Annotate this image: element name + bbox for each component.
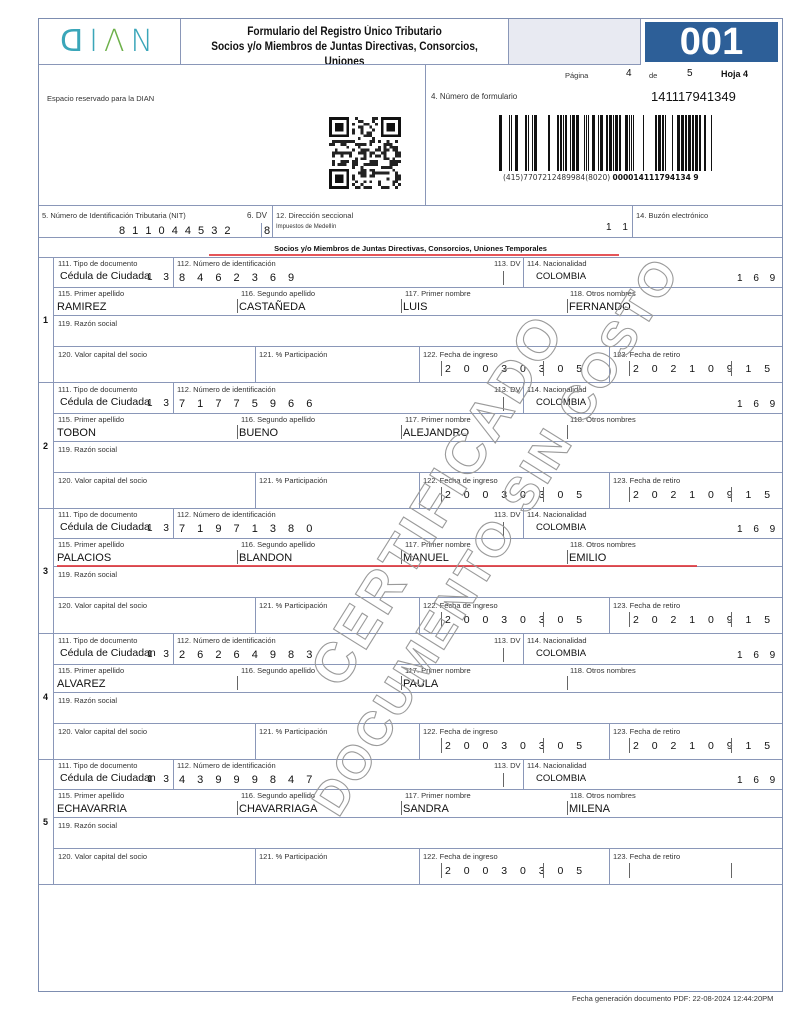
nacionalidad-code: 1 6 9 [737, 273, 779, 284]
tipo-doc-label: 111. Tipo de documento [58, 385, 137, 394]
razon-social-label: 119. Razón social [58, 570, 117, 579]
dian-logo: ᗡIΛN [39, 19, 181, 65]
segundo-apellido-label: 116. Segundo apellido [241, 415, 315, 424]
fecha-retiro-label: 123. Fecha de retiro [613, 350, 680, 359]
otros-nombres-value: EMILIO [569, 552, 606, 564]
member-block: 4 111. Tipo de documento Cédula de Ciuda… [39, 634, 782, 760]
segundo-apellido-label: 116. Segundo apellido [241, 540, 315, 549]
tipo-doc-value: Cédula de Ciudada [60, 521, 150, 533]
page-total: 5 [687, 68, 693, 79]
member-number: 2 [43, 441, 48, 451]
page-label: Página [565, 71, 588, 80]
razon-social-label: 119. Razón social [58, 821, 117, 830]
seccional-code: 1 1 [606, 222, 632, 233]
primer-apellido-value: PALACIOS [57, 552, 111, 564]
valor-capital-label: 120. Valor capital del socio [58, 476, 147, 485]
fecha-ingreso-label: 122. Fecha de ingreso [423, 476, 498, 485]
num-id-label: 112. Número de identificación [177, 761, 276, 770]
num-id-label: 112. Número de identificación [177, 510, 276, 519]
valor-capital-label: 120. Valor capital del socio [58, 350, 147, 359]
segundo-apellido-label: 116. Segundo apellido [241, 791, 315, 800]
primer-nombre-label: 117. Primer nombre [405, 415, 471, 424]
form-number: 141117941349 [651, 89, 736, 104]
dv-label: 113. DV [494, 385, 521, 394]
razon-social-label: 119. Razón social [58, 696, 117, 705]
valor-capital-label: 120. Valor capital del socio [58, 727, 147, 736]
member-number: 3 [43, 566, 48, 576]
primer-nombre-value: PAULA [403, 678, 438, 690]
nit-label: 5. Número de Identificación Tributaria (… [42, 211, 186, 220]
fecha-retiro-value: 2 0 2 1 0 9 1 5 [633, 489, 775, 501]
num-id-value: 8 4 6 2 3 6 9 [179, 272, 299, 284]
primer-apellido-label: 115. Primer apellido [58, 289, 124, 298]
otros-nombres-label: 118. Otros nombres [570, 666, 636, 675]
reserved-space-label: Espacio reservado para la DIAN [47, 94, 154, 103]
nacionalidad-value: COLOMBIA [536, 522, 586, 533]
primer-nombre-label: 117. Primer nombre [405, 666, 471, 675]
primer-nombre-label: 117. Primer nombre [405, 791, 471, 800]
primer-apellido-label: 115. Primer apellido [58, 540, 124, 549]
nacionalidad-value: COLOMBIA [536, 271, 586, 282]
tipo-doc-code: 1 3 [147, 523, 173, 534]
tipo-doc-value: Cédula de Ciudada [60, 396, 150, 408]
generation-date: Fecha generación documento PDF: 22-08-20… [572, 994, 773, 1003]
otros-nombres-label: 118. Otros nombres [570, 540, 636, 549]
segundo-apellido-label: 116. Segundo apellido [241, 289, 315, 298]
fecha-retiro-label: 123. Fecha de retiro [613, 476, 680, 485]
header-gray-box [509, 19, 641, 65]
fecha-retiro-value: 2 0 2 1 0 9 1 5 [633, 363, 775, 375]
nacionalidad-code: 1 6 9 [737, 399, 779, 410]
primer-apellido-value: RAMIREZ [57, 301, 107, 313]
tipo-doc-code: 1 3 [147, 649, 173, 660]
tipo-doc-code: 1 3 [147, 272, 173, 283]
buzon-label: 14. Buzón electrónico [636, 211, 708, 220]
fecha-retiro-label: 123. Fecha de retiro [613, 727, 680, 736]
page-of-label: de [649, 71, 657, 80]
otros-nombres-label: 118. Otros nombres [570, 289, 636, 298]
logo-text: ᗡIΛN [60, 24, 159, 59]
dv-value: 8 [264, 225, 270, 237]
tipo-doc-label: 111. Tipo de documento [58, 761, 137, 770]
primer-apellido-value: ALVAREZ [57, 678, 106, 690]
fecha-ingreso-label: 122. Fecha de ingreso [423, 350, 498, 359]
member-number: 5 [43, 817, 48, 827]
fecha-retiro-value: 2 0 2 1 0 9 1 5 [633, 740, 775, 752]
num-id-value: 2 6 2 6 4 9 8 3 [179, 649, 317, 661]
dv-label: 6. DV [247, 211, 267, 220]
razon-social-label: 119. Razón social [58, 445, 117, 454]
nit-value: 8 1 1 0 4 4 5 3 2 [119, 225, 233, 237]
fecha-ingreso-value: 2 0 0 3 0 3 0 5 [445, 614, 587, 626]
dv-label: 113. DV [494, 636, 521, 645]
barcode-text: (415)7707212489984(8020) 000014111794134… [503, 173, 699, 182]
primer-nombre-value: SANDRA [403, 803, 449, 815]
nacionalidad-label: 114. Nacionalidad [527, 510, 587, 519]
primer-nombre-value: ALEJANDRO [403, 427, 469, 439]
primer-apellido-value: ECHAVARRIA [57, 803, 127, 815]
sheet-label: Hoja 4 [721, 69, 748, 79]
otros-nombres-value: MILENA [569, 803, 610, 815]
dv-label: 113. DV [494, 510, 521, 519]
fecha-ingreso-value: 2 0 0 3 0 3 0 5 [445, 740, 587, 752]
tipo-doc-label: 111. Tipo de documento [58, 259, 137, 268]
nacionalidad-code: 1 6 9 [737, 775, 779, 786]
highlight-underline-member-3 [57, 565, 697, 567]
razon-social-label: 119. Razón social [58, 319, 117, 328]
participacion-label: 121. % Participación [259, 350, 327, 359]
member-block: 5 111. Tipo de documento Cédula de Ciuda… [39, 759, 782, 885]
qr-code [329, 117, 401, 189]
barcode [497, 115, 717, 171]
valor-capital-label: 120. Valor capital del socio [58, 601, 147, 610]
nacionalidad-label: 114. Nacionalidad [527, 636, 587, 645]
num-id-label: 112. Número de identificación [177, 259, 276, 268]
title-line-1: Formulario del Registro Único Tributario [201, 25, 489, 40]
primer-nombre-value: MANUEL [403, 552, 449, 564]
tipo-doc-label: 111. Tipo de documento [58, 636, 137, 645]
member-number: 1 [43, 315, 48, 325]
participacion-label: 121. % Participación [259, 601, 327, 610]
page-current: 4 [626, 68, 632, 79]
participacion-label: 121. % Participación [259, 852, 327, 861]
primer-nombre-label: 117. Primer nombre [405, 540, 471, 549]
otros-nombres-label: 118. Otros nombres [570, 415, 636, 424]
primer-apellido-label: 115. Primer apellido [58, 791, 124, 800]
form-title: Formulario del Registro Único Tributario… [181, 19, 509, 65]
dv-label: 113. DV [494, 259, 521, 268]
num-id-value: 7 1 9 7 1 3 8 0 [179, 523, 317, 535]
primer-apellido-label: 115. Primer apellido [58, 415, 124, 424]
primer-apellido-value: TOBON [57, 427, 96, 439]
tipo-doc-value: Cédula de Ciudada [60, 270, 150, 282]
nacionalidad-code: 1 6 9 [737, 524, 779, 535]
participacion-label: 121. % Participación [259, 727, 327, 736]
member-block: 2 111. Tipo de documento Cédula de Ciuda… [39, 383, 782, 509]
rut-form-page: ᗡIΛN Formulario del Registro Único Tribu… [38, 18, 783, 992]
nacionalidad-value: COLOMBIA [536, 773, 586, 784]
valor-capital-label: 120. Valor capital del socio [58, 852, 147, 861]
form-code-badge: 001 [645, 22, 778, 62]
tipo-doc-value: Cédula de Ciudadan [60, 772, 156, 784]
seccional-value: Impuestos de Medellín [276, 224, 336, 230]
segundo-apellido-value: BLANDON [239, 552, 292, 564]
participacion-label: 121. % Participación [259, 476, 327, 485]
fecha-ingreso-label: 122. Fecha de ingreso [423, 727, 498, 736]
nacionalidad-value: COLOMBIA [536, 648, 586, 659]
segundo-apellido-value: CHAVARRIAGA [239, 803, 317, 815]
fecha-ingreso-label: 122. Fecha de ingreso [423, 601, 498, 610]
fecha-retiro-value: 2 0 2 1 0 9 1 5 [633, 614, 775, 626]
nacionalidad-label: 114. Nacionalidad [527, 385, 587, 394]
highlight-underline [209, 254, 619, 256]
fecha-retiro-label: 123. Fecha de retiro [613, 601, 680, 610]
tipo-doc-code: 1 3 [147, 774, 173, 785]
tipo-doc-value: Cédula de Ciudadan [60, 647, 156, 659]
fecha-ingreso-label: 122. Fecha de ingreso [423, 852, 498, 861]
primer-nombre-value: LUIS [403, 301, 427, 313]
num-id-label: 112. Número de identificación [177, 385, 276, 394]
tipo-doc-code: 1 3 [147, 398, 173, 409]
segundo-apellido-value: BUENO [239, 427, 278, 439]
otros-nombres-value: FERNANDO [569, 301, 631, 313]
dv-label: 113. DV [494, 761, 521, 770]
num-id-value: 4 3 9 9 9 8 4 7 [179, 774, 317, 786]
member-block: 3 111. Tipo de documento Cédula de Ciuda… [39, 508, 782, 634]
member-number: 4 [43, 692, 48, 702]
num-id-label: 112. Número de identificación [177, 636, 276, 645]
segundo-apellido-label: 116. Segundo apellido [241, 666, 315, 675]
nacionalidad-label: 114. Nacionalidad [527, 761, 587, 770]
segundo-apellido-value: CASTAÑEDA [239, 301, 305, 313]
seccional-label: 12. Dirección seccional [276, 211, 353, 220]
otros-nombres-label: 118. Otros nombres [570, 791, 636, 800]
primer-apellido-label: 115. Primer apellido [58, 666, 124, 675]
fecha-retiro-label: 123. Fecha de retiro [613, 852, 680, 861]
primer-nombre-label: 117. Primer nombre [405, 289, 471, 298]
num-id-value: 7 1 7 7 5 9 6 6 [179, 398, 317, 410]
nacionalidad-label: 114. Nacionalidad [527, 259, 587, 268]
fecha-ingreso-value: 2 0 0 3 0 3 0 5 [445, 865, 587, 877]
member-block: 1 111. Tipo de documento Cédula de Ciuda… [39, 257, 782, 383]
fecha-ingreso-value: 2 0 0 3 0 3 0 5 [445, 489, 587, 501]
title-line-2: Socios y/o Miembros de Juntas Directivas… [201, 40, 489, 65]
nacionalidad-code: 1 6 9 [737, 650, 779, 661]
nacionalidad-value: COLOMBIA [536, 397, 586, 408]
fecha-ingreso-value: 2 0 0 3 0 3 0 5 [445, 363, 587, 375]
tipo-doc-label: 111. Tipo de documento [58, 510, 137, 519]
form-number-label: 4. Número de formulario [431, 92, 517, 101]
